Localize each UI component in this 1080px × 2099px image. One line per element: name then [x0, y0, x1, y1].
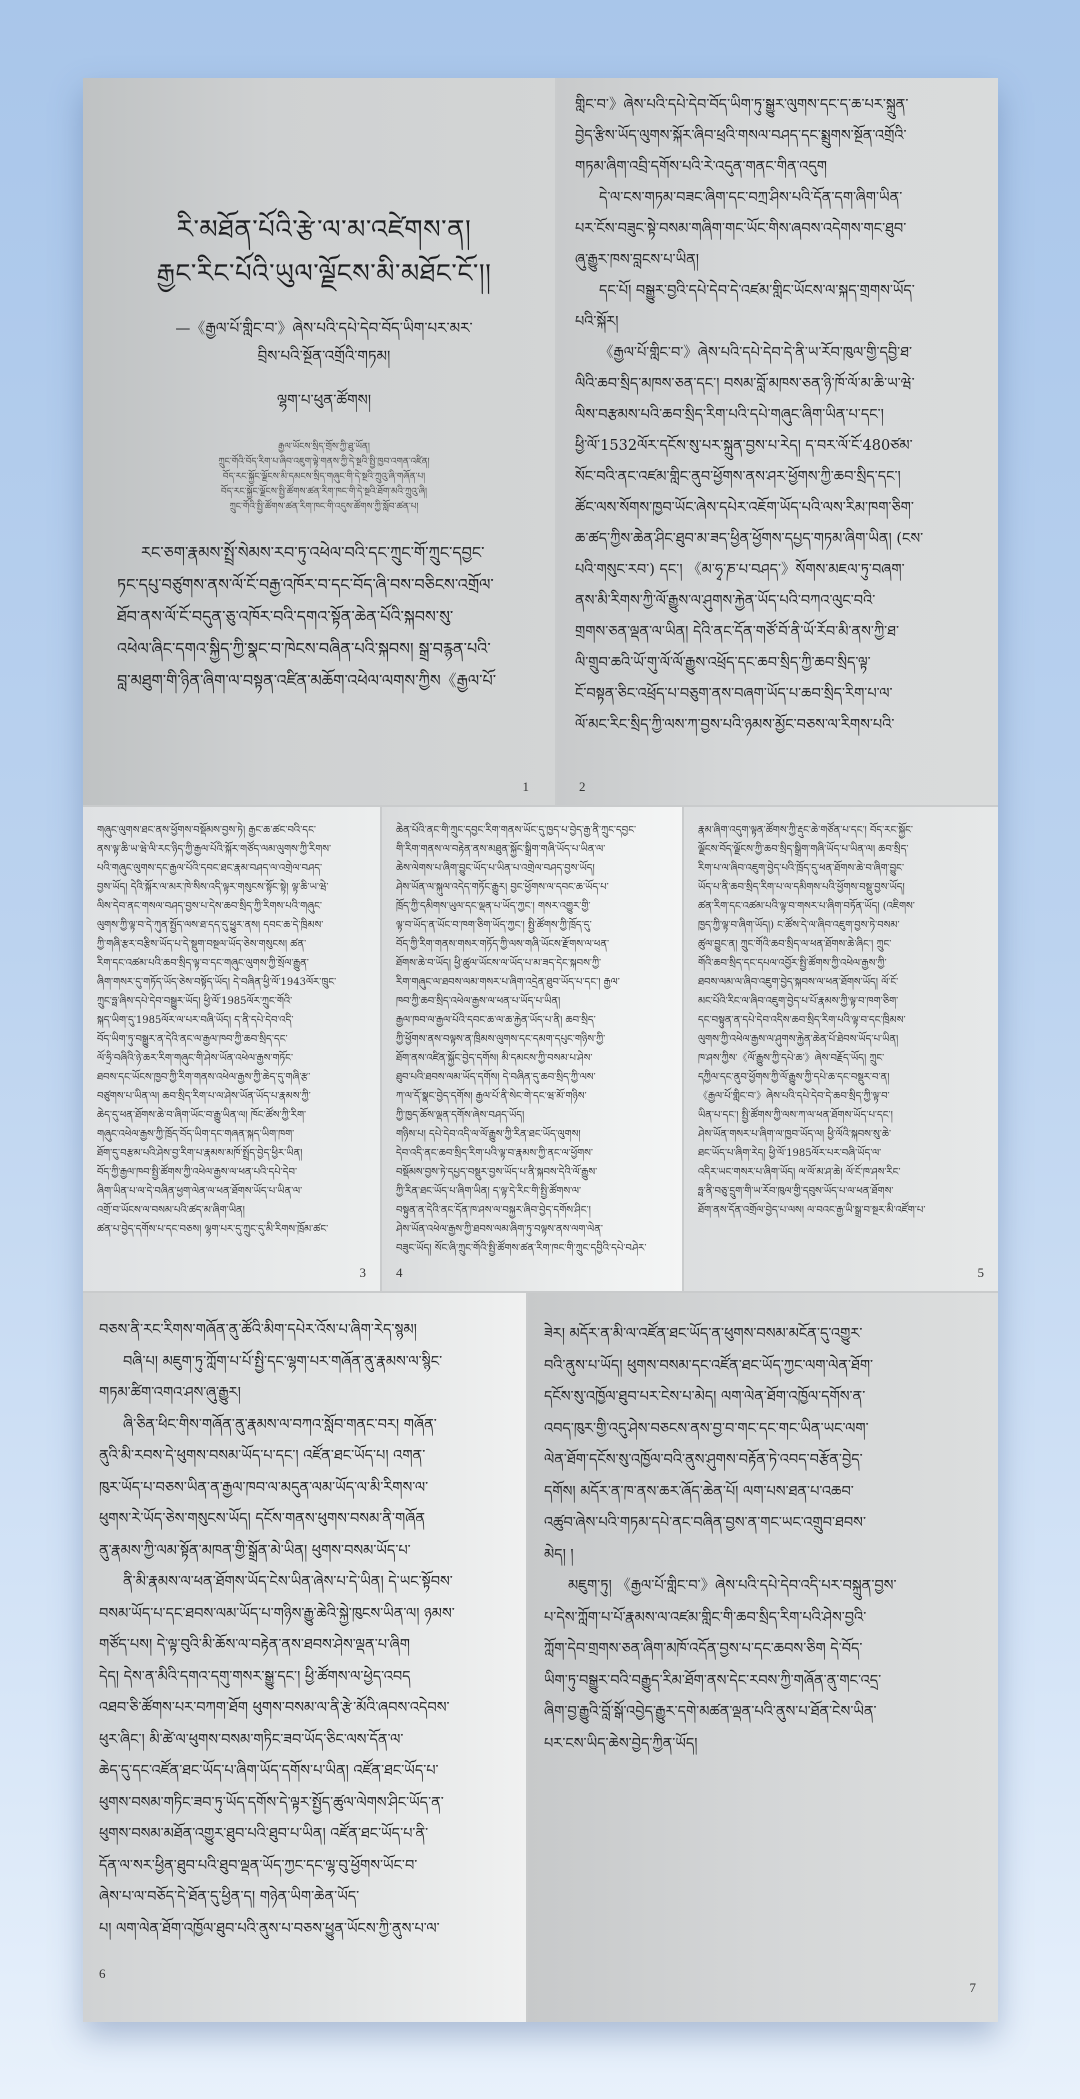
credential-line: བོད་རང་སྐྱོང་ལྗོངས་སྤྱི་ཚོགས་ཚན་རིག་ཁང་ག…	[117, 485, 531, 500]
chapter-title: རི་མཐོན་པོའི་རྩེ་ལ་མ་འཛེགས་ན། རྒྱང་རིང་པ…	[117, 208, 531, 296]
text-line: བོད་ཀྱི་རིག་གནས་གསར་གཏོད་ཀྱི་ལས་གཞི་ཡོངས…	[396, 935, 668, 954]
author-name: ལྷག་པ་ཕུན་ཚོགས།	[117, 384, 531, 426]
text-line: དང་བསྟུན་ན་དཔེ་དེབ་འདིས་ཆབ་སྲིད་རིག་པའི་…	[698, 1011, 984, 1030]
text-line: ཞིག་ཡིན་པ་ལ་དེ་བཞིན་ཕྱག་ལེན་ལ་ཕན་ཐོགས་ཡོ…	[97, 1182, 366, 1201]
page-body: གླིང་བ་》ཞེས་པའི་དཔེ་དེབ་བོད་ཡིག་ཏུ་སྒྱུར…	[575, 90, 984, 741]
text-line: ཕྱི་ལོ་1532ལོར་དངོས་སུ་པར་སྐྲུན་བྱས་པ་རེ…	[575, 431, 984, 462]
text-line: རིག་དང་འཚམ་པའི་ཆབ་སྲིད་ལྟ་བ་དང་གཞུང་ལུགས…	[97, 954, 366, 973]
text-line: ཆེས་ལེགས་པ་ཞིག་བྱུང་ཡོད་པ་ཡིན་པ་འགྲེལ་བཤ…	[396, 859, 668, 878]
text-line: ཞིག་བྱ་རྒྱུའི་བློ་སྒོ་འབྱེད་རྒྱུར་དགེ་མཚ…	[544, 1697, 982, 1729]
text-line: ཚན་རིག་དང་འཚམ་པའི་ལྟ་བ་གསར་པ་ཞིག་བཏོན་ཡོ…	[698, 897, 984, 916]
text-line: ཀྱི་གཞི་རྩར་བརྩིས་ཡོད་པ་དེ་སྡུག་བསྔལ་ཡོད…	[97, 935, 366, 954]
text-line: ཏང་དཔུ་བཙུགས་ནས་ལོ་ངོ་བརྒྱ་འཁོར་བ་དང་བོད…	[117, 569, 531, 601]
text-line: བསམ་ཡོད་པ་དང་ཐབས་ལམ་ཡོད་པ་གཉིས་རྒྱུ་ཆེའི…	[99, 1599, 510, 1631]
text-line: ཀྱི་ཁྱད་ཆོས་ལྡན་དགོས་ཞེས་བཤད་ཡོད།	[396, 1106, 668, 1125]
text-line: ཕུགས་བསམ་མཐོན་འགྱུར་ཐུབ་པའི་ཐུབ་པ་ཡིན། འ…	[99, 1819, 510, 1851]
page-number: 2	[579, 779, 586, 795]
text-line: དང་པོ། བསྒྱུར་བྱའི་དཔེ་དེབ་དེ་འཛམ་གླིང་ཡ…	[575, 276, 984, 307]
text-line: དཀྱིལ་དང་ནུབ་ཕྱོགས་ཀྱི་ལོ་རྒྱུས་ཀྱི་དཔེ་…	[698, 1068, 984, 1087]
text-line: བཞི་པ། མཇུག་ཏུ་ཀློག་པ་པོ་སྤྱི་དང་ལྷག་པར་…	[99, 1347, 510, 1379]
credential-line: རྒྱལ་ཡོངས་སྲིད་གྲོས་ཀྱི་ཐུ་ཡོན།	[117, 440, 531, 455]
text-line: ཚན་པ་བྱེད་དགོས་པ་དང་བཅས། ལྷག་པར་དུ་ཀྲུང་…	[97, 1220, 366, 1239]
text-line: གླིང་བ་》ཞེས་པའི་དཔེ་དེབ་བོད་ཡིག་ཏུ་སྒྱུར…	[575, 90, 984, 121]
text-line: ཁུར་ཡོད་པ་བཅས་ཡིན་ན་རྒྱལ་ཁབ་ལ་མདུན་ལམ་ཡོ…	[99, 1473, 510, 1505]
text-line: བྱེད་རྩིས་ཡོད་ལུགས་སྐོར་ཞིབ་ཕྲའི་གསལ་བཤད…	[575, 121, 984, 152]
text-line: ཐབས་ལམ་ལ་ཞིབ་འཇུག་བྱེད་སྐབས་ལ་ཕན་ཐོགས་ཡོ…	[698, 973, 984, 992]
text-line: ཞེས་པ་ལ་བཅོད་དེ་ཐོན་དུ་ཕྱིན་ད། གཉེན་ཡིག་…	[99, 1882, 510, 1914]
text-line: ཁ་ཤས་ཀྱིས་《ལོ་རྒྱུས་ཀྱི་དཔེ་ཆ་》ཞེས་བརྗོད…	[698, 1049, 984, 1068]
page-1: རི་མཐོན་པོའི་རྩེ་ལ་མ་འཛེགས་ན། རྒྱང་རིང་པ…	[83, 78, 555, 805]
text-line: ཐོག་དུ་བརྩམ་པའི་ཤེས་བྱ་རིག་པ་རྣམས་མཁོ་སྤ…	[97, 1144, 366, 1163]
text-line: པ་དེས་ཀློག་པ་པོ་རྣམས་ལ་འཛམ་གླིང་གི་ཆབ་སྲ…	[544, 1603, 982, 1635]
text-line: བྱས་ཡོད། དེའི་སྐོར་ལ་མར་ཁེ་སིས་འདི་ལྟར་ག…	[97, 878, 366, 897]
page-number: 7	[970, 1980, 977, 1996]
text-line: སྐད་ཡིག་དུ་1985ལོར་ལ་པར་བཞི་ཡོད། ད་ནི་དཔ…	[97, 1011, 366, 1030]
text-line: ཞི་ཅིན་ཕིང་གིས་གཞོན་ནུ་རྣམས་ལ་བཀའ་སློབ་ག…	[99, 1410, 510, 1442]
credential-line: ཀྲུང་གོའི་སྤྱི་ཚོགས་ཚན་རིག་ཁང་གི་འདུས་ཚོ…	[117, 500, 531, 515]
text-line: འབད་ཁུར་གྱི་འདུ་ཤེས་བཅངས་ནས་བྱ་བ་གང་དང་ག…	[544, 1414, 982, 1446]
text-line: རྣམ་ཞིག་འདུག་ལྟན་ཚོགས་ཀྱི་རྡུང་ཆེ་གཙོན་པ…	[698, 821, 984, 840]
text-line: ཀ་ལ་དོ་སྣང་བྱེད་དགོས། རྒྱལ་པོ་ནི་སེང་གེ་…	[396, 1087, 668, 1106]
text-line: ཀྱི་རིན་ཐང་ཡོད་པ་ཞིག་ཡིན། ད་ལྟ་དེ་རིང་གི…	[396, 1182, 668, 1201]
text-line: 《རྒྱལ་པོ་གླིང་བ་》ཞེས་པའི་དཔེ་དེབ་དེ་ནི་ཡ…	[575, 338, 984, 369]
text-line: ནས་མི་རིགས་ཀྱི་ལོ་རྒྱུས་ལ་ཤུགས་རྐྱེན་ཡོད…	[575, 586, 984, 617]
text-line: པའི་གཞུང་ལུགས་དང་རྒྱལ་པོའི་དབང་ཐང་རྣམ་བཤ…	[97, 859, 366, 878]
text-line: ཐོབ་ནས་ལོ་ངོ་བདུན་ཅུ་འཁོར་བའི་དགའ་སྟོན་ཆ…	[117, 601, 531, 633]
subtitle-line-1: —《རྒྱལ་པོ་གླིང་བ་》ཞེས་པའི་དཔེ་དེབ་བོད་ཡི…	[117, 314, 531, 342]
text-line: གཉིས་པ། དཔེ་དེབ་འདི་ལ་ལོ་རྒྱུས་ཀྱི་རིན་ཐ…	[396, 1125, 668, 1144]
text-line: པའི་གསུང་རབ་) དང་། 《མ་ཧྭ་ཎ་པ་བཤད་》སོགས་མ…	[575, 555, 984, 586]
text-line: བཟུང་ཡོད། སོང་ཞི་ཀྲུང་གོའི་སྤྱི་ཚོགས་ཚན་…	[396, 1239, 668, 1258]
text-line: ནས་ལྟ་ཆི་ཡ་ཝེ་ལི་རང་ཉིད་ཀྱི་རྒྱལ་པོའི་སྐ…	[97, 840, 366, 859]
text-line: ཤེས་ཡོན་གསར་པ་ཞིག་ལ་ཁྱབ་ཡོད་ལ། ཕྱི་ལོའི་…	[698, 1125, 984, 1144]
credential-line: ཀྲུང་གོའི་བོད་རིག་པ་ཞིབ་འཇུག་ལྟེ་གནས་ཀྱི…	[117, 455, 531, 470]
text-line: རིག་གཞུང་ལ་ཐབས་ལམ་གསར་པ་ཞིག་འདྲེན་ཐུབ་ཡོ…	[396, 973, 668, 992]
text-line: བསྡོམས་བྱས་ཏེ་དཔྱད་བསྡུར་བྱས་ཡོད་པ་ནི་སྐ…	[396, 1163, 668, 1182]
page-3: གཞུང་ལུགས་ཐང་ནས་ཕྱོགས་བསྡོམས་བྱས་ཏེ། རྒྱ…	[83, 807, 380, 1291]
subtitle-line-2: བྲིས་པའི་སྔོན་འགྲོའི་གཏམ།	[117, 342, 531, 370]
text-line: ཐོག་ནས་འཛིན་སྐྱོང་བྱེད་དགོས། མི་དམངས་ཀྱི…	[396, 1049, 668, 1068]
text-line: གི་རིག་གནས་ལ་བརྟེན་ནས་མཐུན་སྐྱོང་སྒྲིག་ག…	[396, 840, 668, 859]
text-line: ལེན་ཐོག་དངོས་སུ་འཁྱོལ་བའི་ནུས་ཤུགས་བརྟོན…	[544, 1445, 982, 1477]
text-line: ནི་མི་རྣམས་ལ་ཕན་ཐོགས་ཡོད་ངེས་ཡིན་ཞེས་པ་ད…	[99, 1567, 510, 1599]
text-line: ངོ་བསྟན་ཅིང་འཕྲོད་པ་བཅུག་ནས་བཞག་ཡོད་པ་ཆབ…	[575, 679, 984, 710]
text-line: མཇུག་ཏུ། 《རྒྱལ་པོ་གླིང་བ་》ཞེས་པའི་དཔེ་དེ…	[544, 1571, 982, 1603]
page-number: 3	[360, 1265, 367, 1281]
text-line: ལོ་ཧྲི་བཞིའི་ཉེ་ཆར་རིག་གཞུང་གི་ཤེས་ཡོན་འ…	[97, 1049, 366, 1068]
text-line: ལུགས་ཀྱི་ལྟ་བ་དེ་ཀུན་སྤྱོད་ལས་ཐ་དད་དུ་ཕྱ…	[97, 916, 366, 935]
text-line: མེད། །	[544, 1540, 982, 1572]
text-line: ནུ་རྣམས་ཀྱི་ལམ་སྟོན་མཁན་གྱི་སྒྲོན་མེ་ཡིན…	[99, 1536, 510, 1568]
page-body: རང་ཅག་རྣམས་སྤྲོ་སེམས་རབ་ཏུ་འཕེལ་བའི་དང་ཀ…	[117, 537, 531, 697]
text-line: བསྟུན་ན་དེའི་ནང་དོན་ཁ་ཤས་ལ་བསྐྱར་ཞིབ་བྱེ…	[396, 1201, 668, 1220]
text-line: ཁྲོད་ཀྱི་དམིགས་ཡུལ་དང་ལྡན་པ་ཡོད་ཀྱང་། གས…	[396, 897, 668, 916]
text-line: རྒྱལ་ཁབ་ལ་རྒྱལ་པོའི་དབང་ཆ་ལ་ཆ་རྐྱེན་ཡོད་…	[396, 1011, 668, 1030]
text-line: དེད། དེས་ན་མིའི་དགའ་དགུ་གསར་སྒྱུ་དང་། ཕྱ…	[99, 1662, 510, 1694]
text-line: ལུགས་ཀྱི་འཕེལ་རྒྱས་ལ་ཤུགས་རྐྱེན་ཆེན་པོ་ཐ…	[698, 1030, 984, 1049]
text-line: དགོས། མདོར་ན་ཁ་ནས་ཆར་ཞོད་ཆེན་པོ། ལག་པས་ཐ…	[544, 1477, 982, 1509]
title-line-1: རི་མཐོན་པོའི་རྩེ་ལ་མ་འཛེགས་ན།	[117, 208, 531, 252]
page-number: 4	[396, 1265, 403, 1281]
page-body: གཞུང་ལུགས་ཐང་ནས་ཕྱོགས་བསྡོམས་བྱས་ཏེ། རྒྱ…	[97, 821, 366, 1239]
text-line: བོད་ཀྱི་རྒྱལ་ཁབ་སྤྱི་ཚོགས་ཀྱི་འཕེལ་རྒྱས་…	[97, 1163, 366, 1182]
text-line: བཙུགས་པ་ཡིན་ལ། ཆབ་སྲིད་རིག་པ་ལ་ཤེས་ཡོན་ཡ…	[97, 1087, 366, 1106]
text-line: ཤེས་ཡོན་ལ་སྐུལ་འདེད་གཏོང་རྒྱུར། བྱང་ཕྱོག…	[396, 878, 668, 897]
subtitle: —《རྒྱལ་པོ་གླིང་བ་》ཞེས་པའི་དཔེ་དེབ་བོད་ཡི…	[117, 314, 531, 370]
text-line: ཐུབ་པའི་ཐབས་ལམ་ཡོད་དགོས། དེ་བཞིན་དུ་ཆབ་ས…	[396, 1068, 668, 1087]
text-line: ཐོག་ནས་དོན་འགྲོལ་བྱེད་པ་ལས། ལ་བའང་རྒྱ་ཡི…	[698, 1201, 984, 1220]
text-line: པ། ལག་ལེན་ཐོག་འཁྱོལ་ཐུབ་པའི་ནུས་པ་བཅས་ཕྱ…	[99, 1914, 510, 1946]
text-line: ཞིག་གསར་དུ་གཏོད་ཡོད་ཅེས་བསྟོད་ཡོད། དེ་བཞ…	[97, 973, 366, 992]
text-line: ཕུགས་བསམ་གཏིང་ཟབ་ཏུ་ཡོད་དགོས་དེ་ལྟར་སྤྱོ…	[99, 1788, 510, 1820]
text-line: བཅས་ནི་རང་རིགས་གཞོན་ནུ་ཚོའི་མིག་དཔེར་འོས…	[99, 1315, 510, 1347]
title-line-2: རྒྱང་རིང་པོའི་ཡུལ་ལྗོངས་མི་མཐོང་ངོ་།།	[117, 252, 531, 296]
page-number: 5	[978, 1265, 985, 1281]
page-5: རྣམ་ཞིག་འདུག་ལྟན་ཚོགས་ཀྱི་རྡུང་ཆེ་གཙོན་པ…	[684, 807, 998, 1291]
author-credentials: རྒྱལ་ཡོངས་སྲིད་གྲོས་ཀྱི་ཐུ་ཡོན། ཀྲུང་གོའ…	[117, 440, 531, 515]
text-line: ཧྥ་ནི་བཅུ་དྲུག་གི་ཡ་རོབ་ཁུལ་གྱི་དབུས་ཡོད…	[698, 1182, 984, 1201]
text-line: གྲགས་ཅན་ལྡན་ལ་ཡིན། དེའི་ནང་དོན་གཙོ་བོ་ནི…	[575, 617, 984, 648]
text-line: ཐབས་དང་ཡོངས་ཁྱབ་ཀྱི་རིག་གནས་འཕེལ་རྒྱས་ཀྱ…	[97, 1068, 366, 1087]
text-line: ནུའི་མི་རབས་དེ་ཕུགས་བསམ་ཡོད་པ་དང་། འཛོན་…	[99, 1441, 510, 1473]
text-line: གཞུང་འཕེལ་རྒྱས་ཀྱི་ཁྲོད་བོད་ཡིག་དང་གཞན་ས…	[97, 1125, 366, 1144]
page-4: ཆེན་པོའི་ནང་གི་ཀྲུང་དབྱང་རིག་གནས་ཡོང་དུ་…	[382, 807, 682, 1291]
text-line: ཡིན་པ་དང་། སྤྱི་ཚོགས་ཀྱི་ལས་ཀ་ལ་ཕན་ཐོགས་…	[698, 1106, 984, 1125]
text-line: རང་ཅག་རྣམས་སྤྲོ་སེམས་རབ་ཏུ་འཕེལ་བའི་དང་ཀ…	[117, 537, 531, 569]
text-line: རིག་པ་ལ་ཞིབ་འཇུག་བྱེད་པའི་ཁྲོད་དུ་ཕན་ཐོག…	[698, 859, 984, 878]
text-line: ཟེར། མདོར་ན་མི་ལ་འཛོན་ཐང་ཡོད་ན་ཕུགས་བསམ་…	[544, 1319, 982, 1351]
text-line: ལྗོངས་བོད་ལྗོངས་ཀྱི་ཆབ་སྲིད་སྒྲིག་གཞི་ཡོ…	[698, 840, 984, 859]
text-line: སོང་བའི་ནང་འཛམ་གླིང་ནུབ་ཕྱོགས་ནས་ཤར་ཕྱོག…	[575, 462, 984, 493]
text-line: པའི་སྐོར།	[575, 307, 984, 338]
text-line: དོན་ལ་སར་ཕྱིན་ཐུབ་པའི་ཐུབ་ལྡན་ཡོད་ཀྱང་དང…	[99, 1851, 510, 1883]
text-line: འགྲོ་བ་ཡོངས་ལ་བསམ་པའི་ཚད་མ་ཞིག་ཡིན།	[97, 1201, 366, 1220]
text-line: ལོ་མང་རིང་སྲིད་ཀྱི་ལས་ཀ་བྱས་པའི་ཉམས་མྱོང…	[575, 710, 984, 741]
text-line: ཕུགས་རེ་ཡོད་ཅེས་གསུངས་ཡོད། དངོས་གནས་ཕུགས…	[99, 1504, 510, 1536]
text-line: ཚོང་ལས་སོགས་ཁྱབ་ཡོང་ཞེས་དཔེར་འཇོག་ཡོད་པའ…	[575, 493, 984, 524]
page-2: གླིང་བ་》ཞེས་པའི་དཔེ་དེབ་བོད་ཡིག་ཏུ་སྒྱུར…	[557, 78, 998, 805]
page-body: བཅས་ནི་རང་རིགས་གཞོན་ནུ་ཚོའི་མིག་དཔེར་འོས…	[99, 1315, 510, 1945]
text-line: ཤེས་ཡོན་འཕེལ་རྒྱས་ཀྱི་ཐབས་ལམ་ཞིག་ཏུ་བལྟས…	[396, 1220, 668, 1239]
text-line: ལིས་དེབ་ནང་གསལ་བཤད་བྱས་པ་དེས་ཆབ་སྲིད་ཀྱི…	[97, 897, 366, 916]
text-line: ཐོགས་ཆེ་བ་ཡོད། ཕྱི་ཚུལ་ཡོངས་ལ་ཡོད་པ་མ་ཟད…	[396, 954, 668, 973]
page-body: ཟེར། མདོར་ན་མི་ལ་འཛོན་ཐང་ཡོད་ན་ཕུགས་བསམ་…	[544, 1319, 982, 1760]
text-line: ཐང་ཡོད་པ་ཞིག་རེད། ཕྱི་ལོ་1985ལོར་པར་བཞི་…	[698, 1144, 984, 1163]
text-line: ཆེད་དུ་ཕན་ཐོགས་ཆེ་བ་ཞིག་ཡོང་བ་རྒྱུ་ཡིན་ལ…	[97, 1106, 366, 1125]
text-line: གོའི་ཆབ་སྲིད་དང་དཔལ་འབྱོར་སྤྱི་ཚོགས་ཀྱི་…	[698, 954, 984, 973]
text-line: ལིའི་ཆབ་སྲིད་མཁས་ཅན་དང་། བསམ་བློ་མཁས་ཅན་…	[575, 369, 984, 400]
text-line: ཀྱི་ཕྱོགས་ནས་བལྟས་ན་ཁྲིམས་ལུགས་དང་དམག་དཔ…	[396, 1030, 668, 1049]
text-line: ཡོད་པ་ནི་ཆབ་སྲིད་རིག་པ་ལ་དམིགས་པའི་ཕྱོགས…	[698, 878, 984, 897]
book-page-collage: རི་མཐོན་པོའི་རྩེ་ལ་མ་འཛེགས་ན། རྒྱང་རིང་པ…	[83, 78, 998, 2022]
text-line: མང་པོའི་རིང་ལ་ཞིབ་འཇུག་བྱེད་པ་པོ་རྣམས་ཀྱ…	[698, 992, 984, 1011]
text-line: དེབ་འདི་ནང་ཆབ་སྲིད་རིག་པའི་ལྟ་བ་རྣམས་ཀྱི…	[396, 1144, 668, 1163]
text-line: གཏམ་ཚིག་འགའ་ཤས་ཞུ་རྒྱུར།	[99, 1378, 510, 1410]
page-7: ཟེར། མདོར་ན་མི་ལ་འཛོན་ཐང་ཡོད་ན་ཕུགས་བསམ་…	[528, 1293, 998, 2022]
text-line: ཀློག་དེབ་གྲགས་ཅན་ཞིག་མཁོ་འདོན་བྱས་པ་དང་ཆ…	[544, 1634, 982, 1666]
text-line: གཏམ་ཞིག་འབྲི་དགོས་པའི་རེ་འདུན་གནང་གིན་འད…	[575, 152, 984, 183]
text-line: ཞུ་རྒྱུར་ཁས་བླངས་པ་ཡིན།	[575, 245, 984, 276]
text-line: པར་ངོས་བཟུང་སྟེ་བསམ་གཞིག་གང་ཡོང་གིས་ཞབས་…	[575, 214, 984, 245]
text-line: ཚུལ་བྱུང་ན། ཀྲུང་གོའི་ཆབ་སྲིད་ལ་ཕན་ཐོགས་…	[698, 935, 984, 954]
text-line: བོད་ཡིག་ཏུ་བསྒྱུར་ན་དེའི་ནང་ལ་རྒྱལ་ཁབ་ཀྱ…	[97, 1030, 366, 1049]
text-line: གཙོད་པས། དེ་ལྟ་བུའི་མི་ཆོས་ལ་བརྟེན་ནས་ཐབ…	[99, 1630, 510, 1662]
text-line: དེ་ལ་ངས་གཏམ་བཟང་ཞིག་དང་བཀྲ་ཤིས་པའི་དོན་ད…	[575, 183, 984, 214]
text-line: གཞུང་ལུགས་ཐང་ནས་ཕྱོགས་བསྡོམས་བྱས་ཏེ། རྒྱ…	[97, 821, 366, 840]
text-line: ཆེན་པོའི་ནང་གི་ཀྲུང་དབྱང་རིག་གནས་ཡོང་དུ་…	[396, 821, 668, 840]
text-line: ལི་གྲུབ་ཆའི་ཡོ་གུ་ལོ་ལོ་རྒྱུས་འཕྲོད་དང་ཆ…	[575, 648, 984, 679]
text-line: འཕེལ་ཞིང་དགའ་སྐྱིད་ཀྱི་སྣང་བ་ཁེངས་བཞིན་པ…	[117, 633, 531, 665]
text-line: འཚུབ་ཞེས་པའི་གཏམ་དཔེ་ནང་བཞིན་བྱས་ན་གང་ཡང…	[544, 1508, 982, 1540]
text-line: འདིར་ཡང་གསར་པ་ཞིག་ཡོད། ལ་ལོ་མ་ཤ་ཆེ། ལོ་ང…	[698, 1163, 984, 1182]
text-line: ཀྲུང་ཧྥ་ཞིས་དཔེ་དེབ་བསྒྱུར་ཡོད། ཕྱི་ལོ་1…	[97, 992, 366, 1011]
text-line: པར་ངས་ཡིད་ཆེས་བྱེད་ཀྱིན་ཡོད།	[544, 1729, 982, 1761]
page-6: བཅས་ནི་རང་རིགས་གཞོན་ནུ་ཚོའི་མིག་དཔེར་འོས…	[83, 1293, 526, 2022]
text-line: བའི་ནུས་པ་ཡོད། ཕུགས་བསམ་དང་འཛོན་ཐང་ཡོད་ཀ…	[544, 1351, 982, 1383]
text-line: ཕུར་ཞིང་། མི་ཚེ་ལ་ཕུགས་བསམ་གཏིང་ཟབ་ཡོད་ཅ…	[99, 1725, 510, 1757]
text-line: ཁྱད་ཀྱི་ལྟ་བ་ཞིག་ཡོད།) ང་ཚོས་དེ་ལ་ཞིབ་འཇ…	[698, 916, 984, 935]
page-number: 6	[99, 1966, 106, 1982]
text-line: ལིས་བརྩམས་པའི་ཆབ་སྲིད་རིག་པའི་དཔེ་གཞུང་ཞ…	[575, 400, 984, 431]
text-line: འཐབ་ཅི་ཚོགས་པར་བཀག་ཐོག ཕུགས་བསམ་ལ་ནི་རྩེ…	[99, 1693, 510, 1725]
page-body: ཆེན་པོའི་ནང་གི་ཀྲུང་དབྱང་རིག་གནས་ཡོང་དུ་…	[396, 821, 668, 1258]
text-line: ཡིག་ཏུ་བསྒྱུར་བའི་བརྒྱུད་རིམ་ཐོག་ནས་དེང་…	[544, 1666, 982, 1698]
page-body: རྣམ་ཞིག་འདུག་ལྟན་ཚོགས་ཀྱི་རྡུང་ཆེ་གཙོན་པ…	[698, 821, 984, 1220]
text-line: ཆེད་དུ་དང་འཛོན་ཐང་ཡོད་པ་ཞིག་ཡོད་དགོས་པ་ཡ…	[99, 1756, 510, 1788]
text-line: 《རྒྱལ་པོ་གླིང་བ་》ཞེས་པའི་དཔེ་དེབ་དེ་ཆབ་ས…	[698, 1087, 984, 1106]
text-line: ཁབ་ཀྱི་ཆབ་སྲིད་འཕེལ་རྒྱས་ལ་ཕན་པ་ཡོད་པ་ཡི…	[396, 992, 668, 1011]
credential-line: བོད་རང་སྐྱོང་ལྗོངས་མི་དམངས་སྲིད་གཞུང་གི་…	[117, 470, 531, 485]
text-line: ཆ་ཚད་ཀྱིས་ཆེན་ཤིང་ཐུབ་མ་ཟད་ཕྱིན་ཕྱོགས་དཔ…	[575, 524, 984, 555]
page-number: 1	[523, 779, 530, 795]
text-line: བླ་མཐུག་གི་ཉིན་ཞིག་ལ་བསྟན་འཛིན་མཆོག་འཕེལ…	[117, 665, 531, 697]
text-line: དངོས་སུ་འཁྱོལ་ཐུབ་པར་ངེས་པ་མེད། ལག་ལེན་ཐ…	[544, 1382, 982, 1414]
text-line: ལྟ་བ་ཡོད་ན་ཡོང་བ་ཁག་ཅིག་ཡོད་ཀྱང་། སྤྱི་ཚ…	[396, 916, 668, 935]
